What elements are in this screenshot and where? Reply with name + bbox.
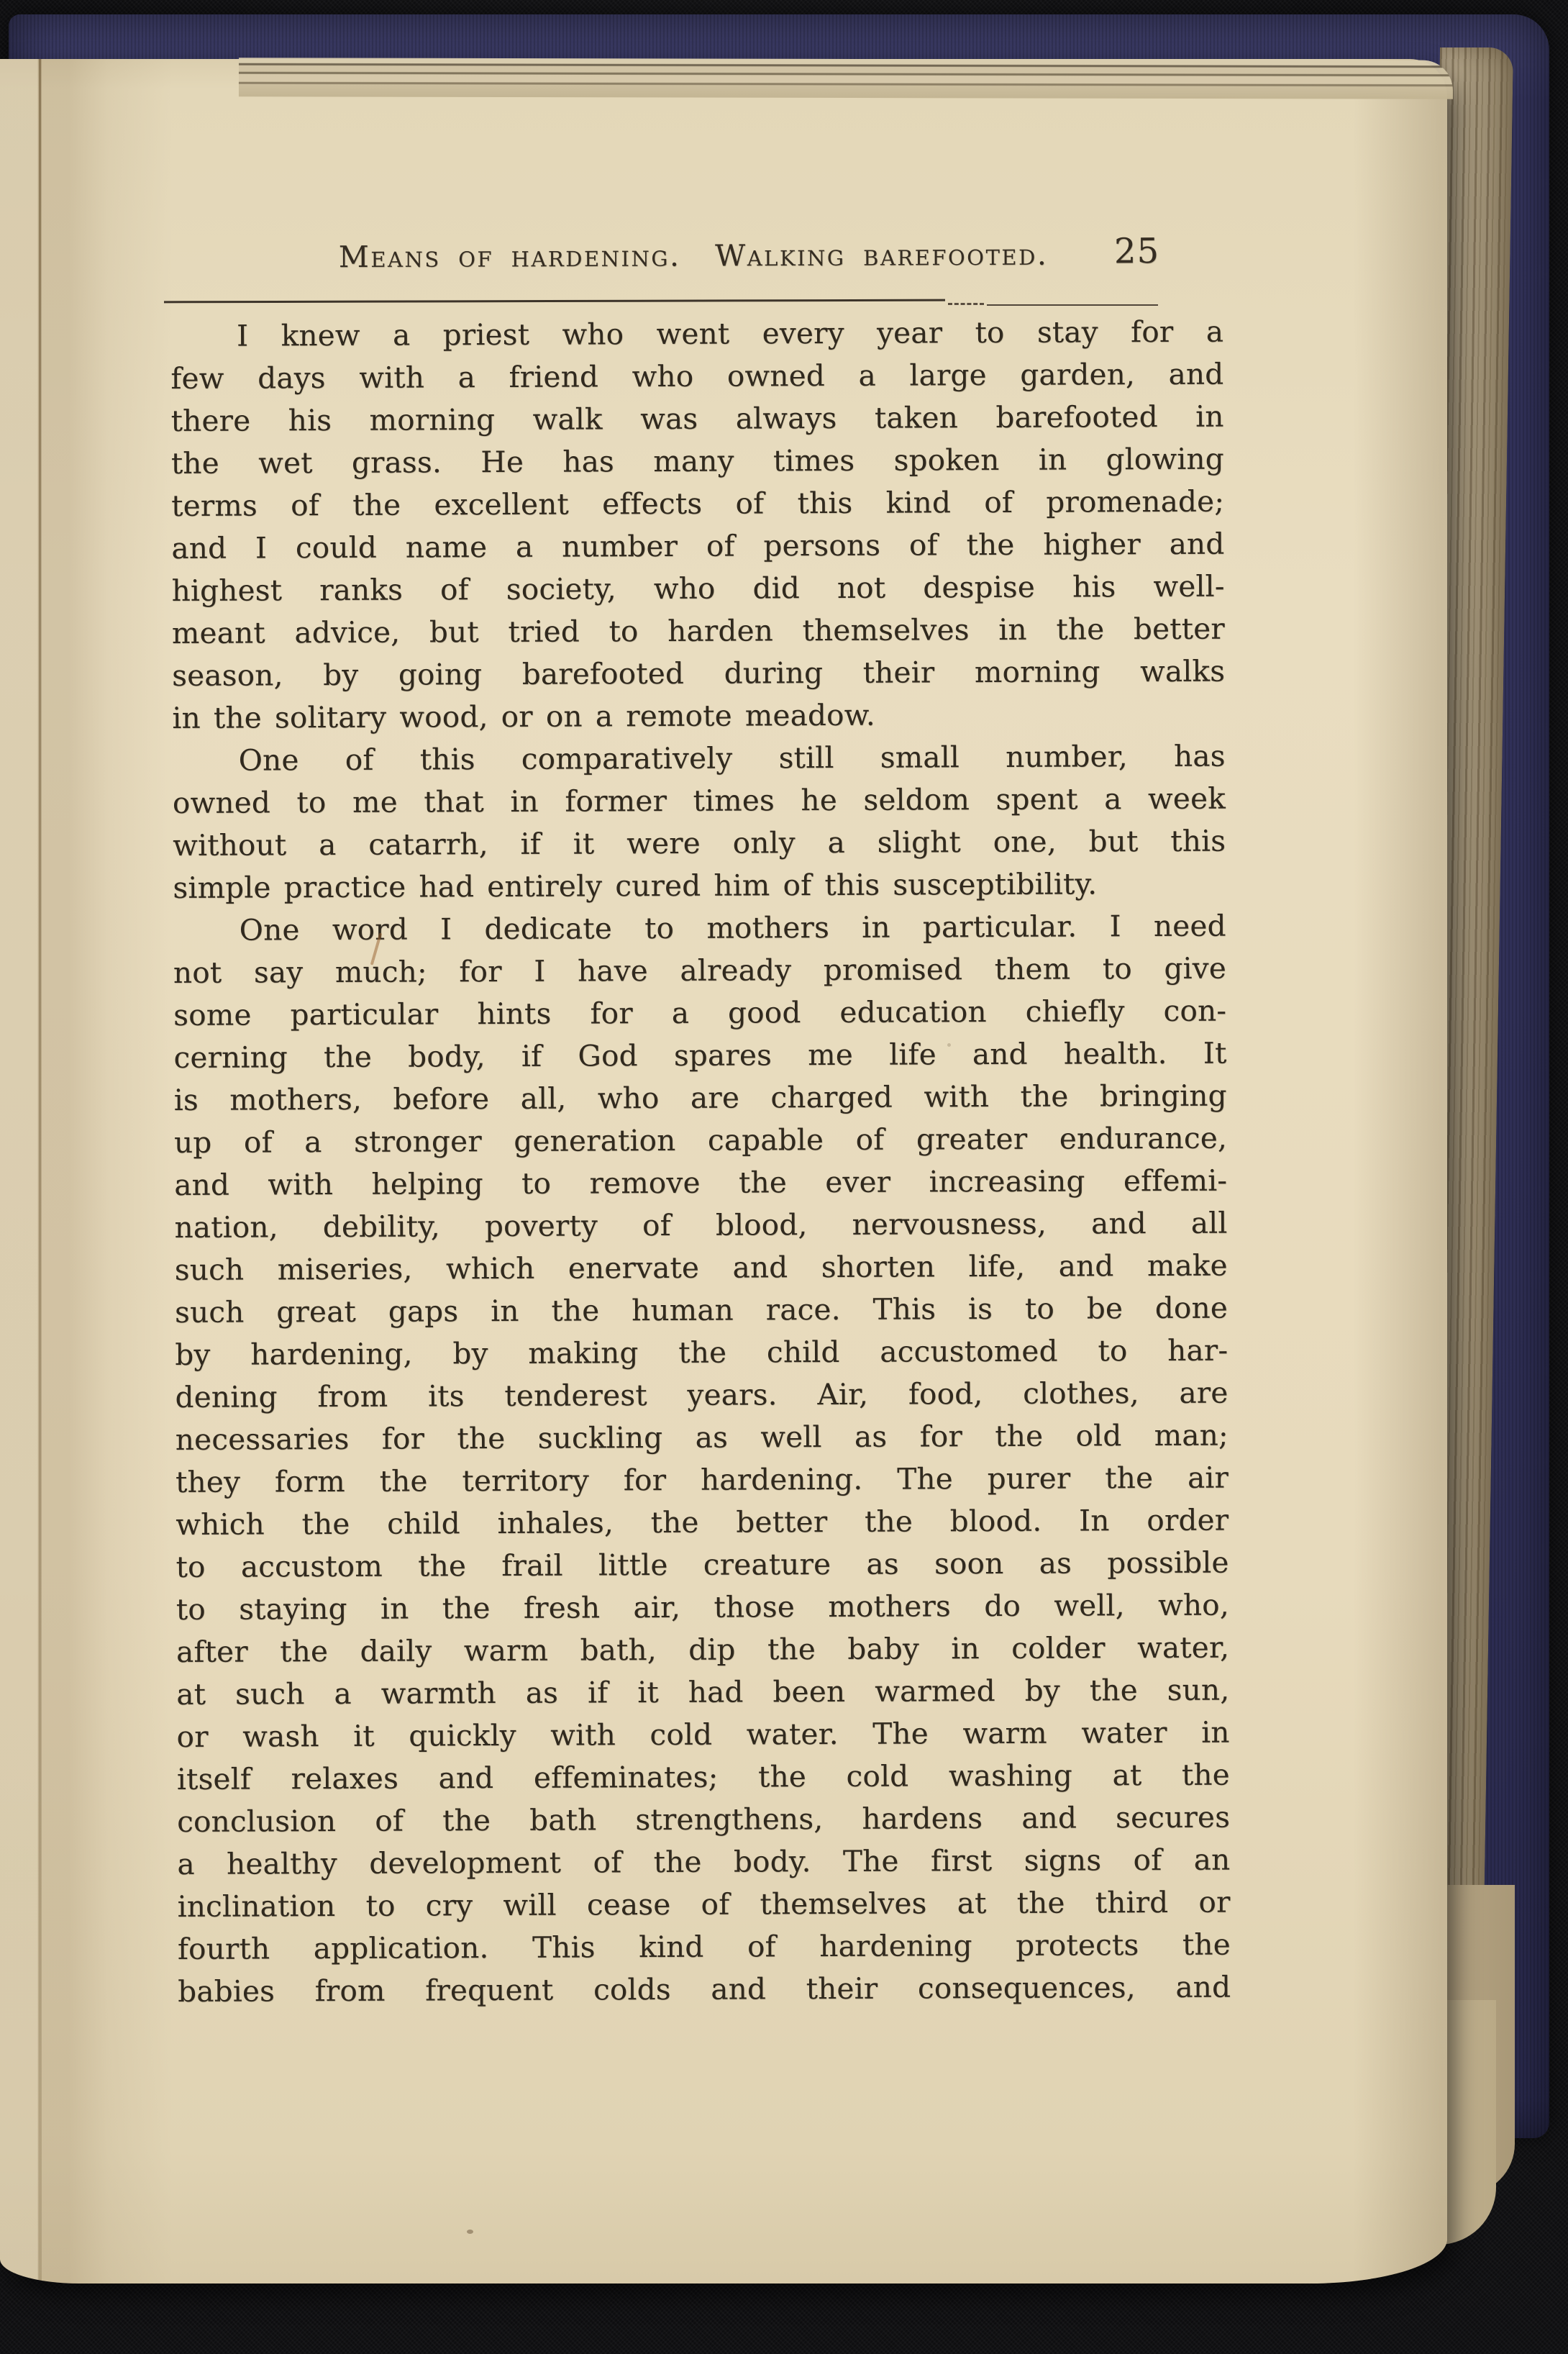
text-line: itself relaxes and effeminates; the cold…: [177, 1754, 1230, 1801]
text-line: simple practice had entirely cured him o…: [173, 863, 1226, 909]
text-line: they form the territory for hardening. T…: [176, 1457, 1229, 1504]
text-line: fourth application. This kind of hardeni…: [178, 1924, 1231, 1971]
text-line: and I could name a number of persons of …: [171, 523, 1224, 570]
gutter-crease: [39, 59, 41, 2194]
header-rule-end: [987, 304, 1158, 306]
text-line: or wash it quickly with cold water. The …: [176, 1712, 1229, 1758]
running-header-title: Means of hardening. Walking barefooted.: [164, 237, 1223, 275]
text-line: some particular hints for a good educati…: [173, 990, 1226, 1037]
text-line: to staying in the fresh air, those mothe…: [176, 1584, 1229, 1631]
text-line: such miseries, which enervate and shorte…: [175, 1245, 1228, 1291]
text-line: by hardening, by making the child accust…: [175, 1330, 1228, 1376]
text-line: dening from its tenderest years. Air, fo…: [175, 1372, 1228, 1419]
running-header: Means of hardening. Walking barefooted. …: [164, 237, 1223, 291]
book-photo-background: Means of hardening. Walking barefooted. …: [0, 0, 1568, 2354]
text-block: I knew a priest who went every year to s…: [170, 311, 1231, 2013]
text-line: few days with a friend who owned a large…: [170, 353, 1223, 400]
text-line: conclusion of the bath strengthens, hard…: [177, 1796, 1230, 1843]
text-line: there his morning walk was always taken …: [171, 396, 1224, 442]
text-line: is mothers, before all, who are charged …: [174, 1075, 1227, 1122]
text-line: after the daily warm bath, dip the baby …: [176, 1627, 1229, 1673]
text-line: cerning the body, if God spares me life …: [173, 1032, 1226, 1079]
text-line: in the solitary wood, or on a remote mea…: [172, 693, 1225, 740]
text-line: up of a stronger generation capable of g…: [174, 1117, 1227, 1164]
text-line: not say much; for I have already promise…: [173, 947, 1226, 994]
text-line: at such a warmth as if it had been warme…: [176, 1669, 1229, 1716]
page-number: 25: [1114, 231, 1159, 271]
text-line: necessaries for the suckling as well as …: [176, 1414, 1229, 1461]
text-line: season, by going barefooted during their…: [172, 650, 1225, 697]
paper-speck: [467, 2230, 473, 2234]
header-rule-dashes: [948, 303, 984, 305]
text-line: a healthy development of the body. The f…: [177, 1839, 1230, 1886]
text-line: One of this comparatively still small nu…: [173, 735, 1226, 782]
paper-speck: [947, 1043, 951, 1047]
text-line: without a catarrh, if it were only a sli…: [173, 820, 1226, 867]
paragraph: I knew a priest who went every year to s…: [170, 311, 1226, 740]
text-line: to accustom the frail little creature as…: [176, 1542, 1229, 1589]
text-line: highest ranks of society, who did not de…: [172, 565, 1225, 612]
text-line: and with helping to remove the ever incr…: [174, 1160, 1227, 1206]
text-line: meant advice, but tried to harden themse…: [172, 608, 1225, 655]
text-line: babies from frequent colds and their con…: [178, 1966, 1231, 2013]
text-line: inclination to cry will cease of themsel…: [178, 1881, 1231, 1928]
text-line: such great gaps in the human race. This …: [175, 1287, 1228, 1334]
text-line: nation, debility, poverty of blood, nerv…: [174, 1202, 1227, 1249]
text-line: terms of the excellent effects of this k…: [171, 481, 1224, 527]
page-top-edges: [239, 58, 1453, 99]
text-line: which the child inhales, the better the …: [176, 1499, 1229, 1546]
text-line: I knew a priest who went every year to s…: [170, 311, 1223, 358]
paragraph: One of this comparatively still small nu…: [173, 735, 1226, 909]
text-line: owned to me that in former times he seld…: [173, 778, 1226, 824]
text-line: the wet grass. He has many times spoken …: [171, 438, 1224, 485]
paragraph: One word I dedicate to mothers in partic…: [173, 905, 1231, 2013]
text-line: One word I dedicate to mothers in partic…: [173, 905, 1226, 952]
